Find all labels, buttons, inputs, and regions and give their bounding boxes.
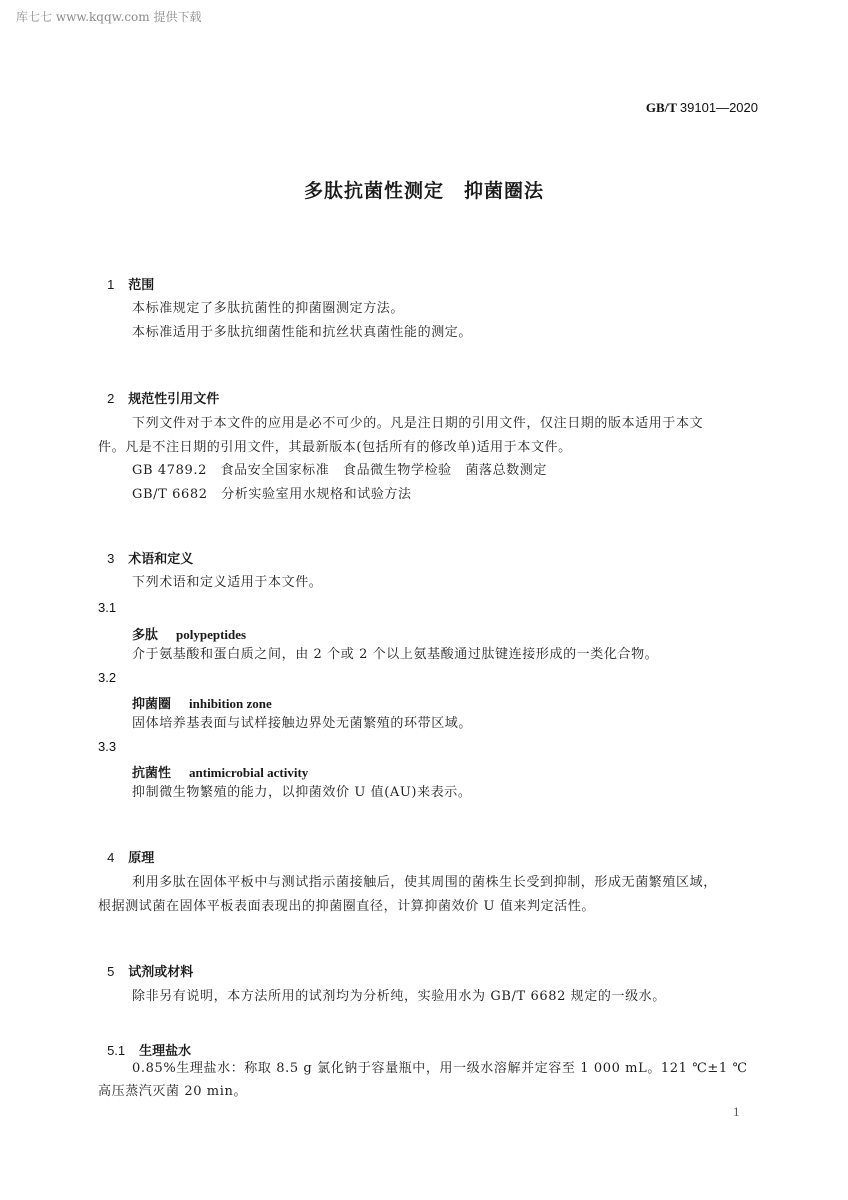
term-heading: 抗菌性antimicrobial activity bbox=[132, 762, 308, 781]
watermark-text: 库七七 www.kqqw.com 提供下载 bbox=[16, 8, 201, 25]
section-3-heading: 3术语和定义 bbox=[98, 533, 193, 567]
section-4-title: 原理 bbox=[128, 851, 154, 866]
section-2-intro-line-2: 件。凡是不注日期的引用文件，其最新版本(包括所有的修改单)适用于本文件。 bbox=[98, 436, 572, 459]
term-definition: 固体培养基表面与试样接触边界处无菌繁殖的环带区域。 bbox=[132, 712, 472, 735]
section-2-intro-line-1: 下列文件对于本文件的应用是必不可少的。凡是注日期的引用文件，仅注日期的版本适用于… bbox=[132, 412, 703, 435]
section-4-line-1: 利用多肽在固体平板中与测试指示菌接触后，使其周围的菌株生长受到抑制，形成无菌繁殖… bbox=[132, 871, 717, 894]
reference-item: GB/T 6682 分析实验室用水规格和试验方法 bbox=[132, 483, 412, 506]
section-5-1-heading: 5.1生理盐水 bbox=[98, 1025, 191, 1059]
section-1-para-2: 本标准适用于多肽抗细菌性能和抗丝状真菌性能的测定。 bbox=[132, 321, 472, 344]
section-3-title: 术语和定义 bbox=[128, 552, 193, 567]
term-definition: 抑制微生物繁殖的能力，以抑菌效价 U 值(AU)来表示。 bbox=[132, 781, 472, 804]
term-zh: 多肽 bbox=[132, 628, 158, 643]
section-5-1-line-2: 高压蒸汽灭菌 20 min。 bbox=[98, 1080, 247, 1103]
section-5-title: 试剂或材料 bbox=[128, 965, 193, 980]
section-1-heading: 1范围 bbox=[98, 259, 154, 293]
section-1-para-1: 本标准规定了多肽抗菌性的抑菌圈测定方法。 bbox=[132, 297, 404, 320]
reference-item: GB 4789.2 食品安全国家标准 食品微生物学检验 菌落总数测定 bbox=[132, 459, 547, 482]
term-en: inhibition zone bbox=[189, 696, 272, 711]
section-3-intro: 下列术语和定义适用于本文件。 bbox=[132, 571, 322, 594]
section-4-heading: 4原理 bbox=[98, 832, 154, 866]
standard-code: GB/T 39101—2020 bbox=[646, 100, 758, 116]
reference-title: 食品安全国家标准 食品微生物学检验 菌落总数测定 bbox=[221, 463, 547, 478]
reference-code: GB 4789.2 bbox=[132, 463, 207, 478]
page-number: 1 bbox=[733, 1104, 740, 1120]
term-zh: 抑菌圈 bbox=[132, 697, 171, 712]
section-5-heading: 5试剂或材料 bbox=[98, 946, 193, 980]
term-heading: 多肽polypeptides bbox=[132, 624, 246, 643]
term-zh: 抗菌性 bbox=[132, 766, 171, 781]
section-5-intro: 除非另有说明，本方法所用的试剂均为分析纯，实验用水为 GB/T 6682 规定的… bbox=[132, 985, 666, 1008]
term-number: 3.1 bbox=[98, 600, 116, 615]
reference-title: 分析实验室用水规格和试验方法 bbox=[221, 487, 411, 502]
term-number: 3.3 bbox=[98, 739, 116, 754]
section-5-1-line-1: 0.85%生理盐水：称取 8.5 g 氯化钠于容量瓶中，用一级水溶解并定容至 1… bbox=[132, 1057, 748, 1080]
term-definition: 介于氨基酸和蛋白质之间，由 2 个或 2 个以上氨基酸通过肽键连接形成的一类化合… bbox=[132, 643, 658, 666]
document-title: 多肽抗菌性测定 抑菌圈法 bbox=[0, 176, 848, 203]
section-2-title: 规范性引用文件 bbox=[128, 392, 219, 407]
section-2-heading: 2规范性引用文件 bbox=[98, 373, 219, 407]
section-1-title: 范围 bbox=[128, 278, 154, 293]
standard-prefix: GB/T bbox=[646, 100, 677, 115]
standard-number: 39101—2020 bbox=[680, 100, 758, 115]
section-4-line-2: 根据测试菌在固体平板表面表现出的抑菌圈直径，计算抑菌效价 U 值来判定活性。 bbox=[98, 895, 595, 918]
reference-code: GB/T 6682 bbox=[132, 487, 208, 502]
term-number: 3.2 bbox=[98, 670, 116, 685]
term-en: antimicrobial activity bbox=[189, 765, 308, 780]
term-heading: 抑菌圈inhibition zone bbox=[132, 693, 272, 712]
term-en: polypeptides bbox=[176, 627, 246, 642]
